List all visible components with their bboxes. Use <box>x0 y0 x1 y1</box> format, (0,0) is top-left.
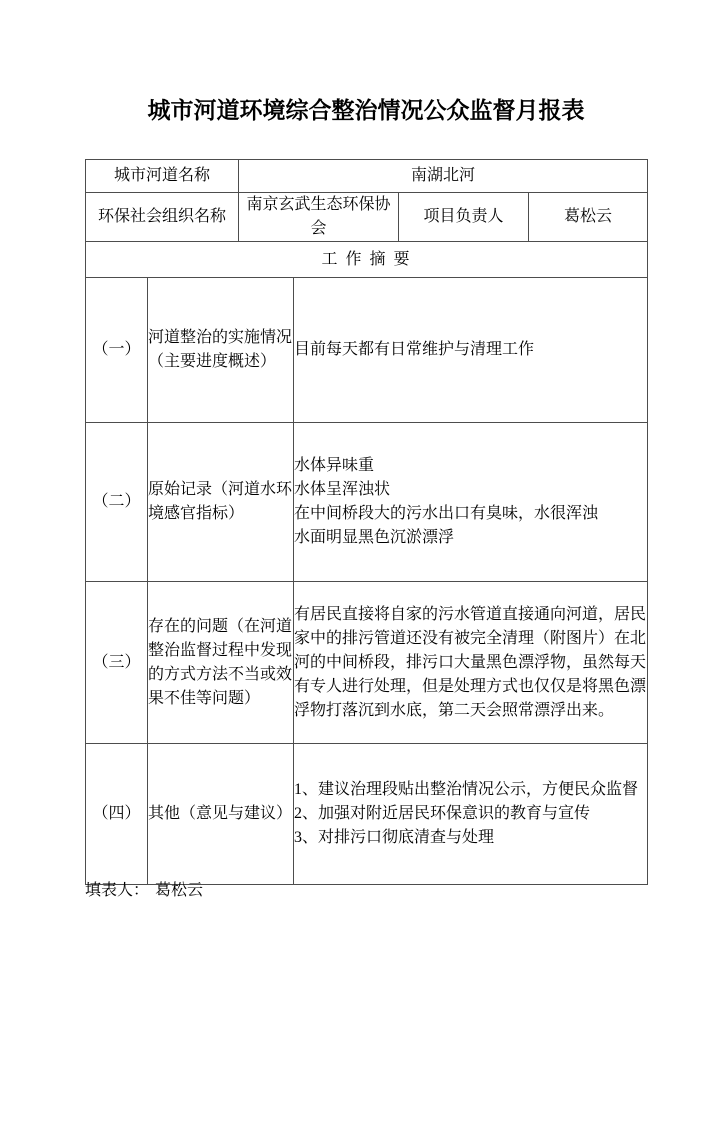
river-name-label-cell: 城市河道名称 <box>86 160 239 193</box>
content-line: 3、对排污口彻底清查与处理 <box>294 826 647 850</box>
row-content-cell: 1、建议治理段贴出整治情况公示，方便民众监督 2、加强对附近居民环保意识的教育与… <box>294 744 648 885</box>
content-line: 2、加强对附近居民环保意识的教育与宣传 <box>294 802 647 826</box>
project-leader-label-cell: 项目负责人 <box>399 193 529 242</box>
row-content-cell: 水体异味重 水体呈浑浊状 在中间桥段大的污水出口有臭味，水很浑浊 水面明显黑色沉… <box>294 423 648 582</box>
row-index-cell: （一） <box>86 278 148 423</box>
org-name-label-cell: 环保社会组织名称 <box>86 193 239 242</box>
content-line: 在中间桥段大的污水出口有臭味，水很浑浊 <box>294 502 647 526</box>
content-line: 有居民直接将自家的污水管道直接通向河道，居民家中的排污管道还没有被完全清理（附图… <box>294 603 647 723</box>
project-leader-value-cell: 葛松云 <box>529 193 648 242</box>
row-label-cell: 原始记录（河道水环境感官指标） <box>148 423 294 582</box>
table-row-original-record: （二） 原始记录（河道水环境感官指标） 水体异味重 水体呈浑浊状 在中间桥段大的… <box>86 423 648 582</box>
row-index-cell: （四） <box>86 744 148 885</box>
content-line: 1、建议治理段贴出整治情况公示，方便民众监督 <box>294 778 647 802</box>
table-row-implementation: （一） 河道整治的实施情况（主要进度概述） 目前每天都有日常维护与清理工作 <box>86 278 648 423</box>
page-title: 城市河道环境综合整治情况公众监督月报表 <box>85 95 647 127</box>
row-index-cell: （三） <box>86 582 148 744</box>
form-filler-label: 填表人： <box>85 882 149 899</box>
content-line: 水面明显黑色沉淤漂浮 <box>294 526 647 550</box>
content-line: 水体呈浑浊状 <box>294 478 647 502</box>
row-label-cell: 河道整治的实施情况（主要进度概述） <box>148 278 294 423</box>
table-row-problems: （三） 存在的问题（在河道整治监督过程中发现的方式方法不当或效果不佳等问题） 有… <box>86 582 648 744</box>
form-filler-name: 葛松云 <box>155 882 203 899</box>
work-summary-header-cell: 工 作 摘 要 <box>86 242 648 278</box>
content-line: 水体异味重 <box>294 454 647 478</box>
row-content-cell: 目前每天都有日常维护与清理工作 <box>294 278 648 423</box>
row-index-cell: （二） <box>86 423 148 582</box>
organization-row: 环保社会组织名称 南京玄武生态环保协会 项目负责人 葛松云 <box>86 193 648 242</box>
content-line: 目前每天都有日常维护与清理工作 <box>294 338 647 362</box>
row-label-cell: 其他（意见与建议） <box>148 744 294 885</box>
report-table: 城市河道名称 南湖北河 环保社会组织名称 南京玄武生态环保协会 项目负责人 葛松… <box>85 159 648 885</box>
work-summary-header-row: 工 作 摘 要 <box>86 242 648 278</box>
table-row-suggestions: （四） 其他（意见与建议） 1、建议治理段贴出整治情况公示，方便民众监督 2、加… <box>86 744 648 885</box>
document-page: 城市河道环境综合整治情况公众监督月报表 城市河道名称 南湖北河 环保社会组织名称… <box>0 0 724 1121</box>
org-name-value-cell: 南京玄武生态环保协会 <box>239 193 399 242</box>
river-name-row: 城市河道名称 南湖北河 <box>86 160 648 193</box>
row-content-cell: 有居民直接将自家的污水管道直接通向河道，居民家中的排污管道还没有被完全清理（附图… <box>294 582 648 744</box>
row-label-cell: 存在的问题（在河道整治监督过程中发现的方式方法不当或效果不佳等问题） <box>148 582 294 744</box>
form-filler-line: 填表人：葛松云 <box>85 881 203 901</box>
river-name-value-cell: 南湖北河 <box>239 160 648 193</box>
